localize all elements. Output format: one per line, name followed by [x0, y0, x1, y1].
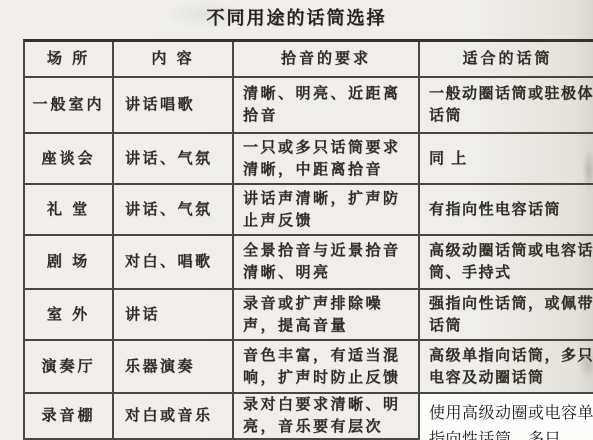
table-row-cell-place: 室 外 — [25, 290, 112, 341]
table-row-cell-content: 讲话、气氛 — [112, 185, 232, 236]
table-row-cell-requirement: 清晰、明亮、近距离拾音 — [232, 78, 418, 134]
table-row-cell-requirement: 全景拾音与近景拾音清晰、明亮 — [232, 236, 418, 290]
column-header-place: 场 所 — [25, 42, 112, 78]
table-row-cell-requirement: 一只或多只话筒要求清晰，中距离拾音 — [232, 134, 418, 185]
table-row-cell-place: 一般室内 — [25, 78, 112, 134]
table-row-cell-mic-edited: 使用高级动圈或电容单指向性话筒，多只 — [418, 394, 593, 440]
table-row-cell-mic: 强指向性话筒，或佩带话筒 — [418, 290, 593, 341]
table-row-cell-place: 演奏厅 — [25, 341, 112, 394]
table-row-cell-content: 讲话 — [112, 290, 232, 341]
table-row-cell-mic: 高级动圈话筒或电容话筒、手持式 — [418, 236, 593, 290]
table-row-cell-requirement: 录音或扩声排除噪声，提高音量 — [232, 290, 418, 341]
table-row-cell-content: 讲话、气氛 — [112, 134, 232, 185]
page-title: 不同用途的话筒选择 — [0, 4, 593, 30]
table-row-cell-requirement: 录对白要求清晰、明亮，音乐要有层次 — [232, 394, 418, 440]
table-row-cell-content: 乐器演奏 — [112, 341, 232, 394]
column-header-mic: 适合的话筒 — [418, 42, 593, 78]
table-row-cell-place: 剧 场 — [25, 236, 112, 290]
column-header-requirement: 拾音的要求 — [232, 42, 418, 78]
table-row-cell-mic: 高级单指向话筒，多只电容及动圈话筒 — [418, 341, 593, 394]
table-row-cell-place: 录音棚 — [25, 394, 112, 440]
table-row-cell-content: 对白、唱歌 — [112, 236, 232, 290]
table-row-cell-mic: 一般动圈话筒或驻极体话筒 — [418, 78, 593, 134]
table-row-cell-mic: 有指向性电容话筒 — [418, 185, 593, 236]
microphone-selection-table: 场 所 内 容 拾音的要求 适合的话筒 一般室内 讲话唱歌 清晰、明亮、近距离拾… — [23, 39, 593, 440]
table-row-cell-mic: 同 上 — [418, 134, 593, 185]
table-row-cell-content: 讲话唱歌 — [112, 78, 232, 134]
table-row-cell-content: 对白或音乐 — [112, 394, 232, 440]
table-row-cell-place: 礼 堂 — [25, 185, 112, 236]
column-header-content: 内 容 — [112, 42, 232, 78]
table-row-cell-place: 座谈会 — [25, 134, 112, 185]
table-row-cell-requirement: 讲话声清晰，扩声防止声反馈 — [232, 185, 418, 236]
scanned-document-page: 不同用途的话筒选择 场 所 内 容 拾音的要求 适合的话筒 一般室内 讲话唱歌 … — [0, 0, 593, 440]
table-row-cell-requirement: 音色丰富，有适当混响，扩声时防止反馈 — [232, 341, 418, 394]
